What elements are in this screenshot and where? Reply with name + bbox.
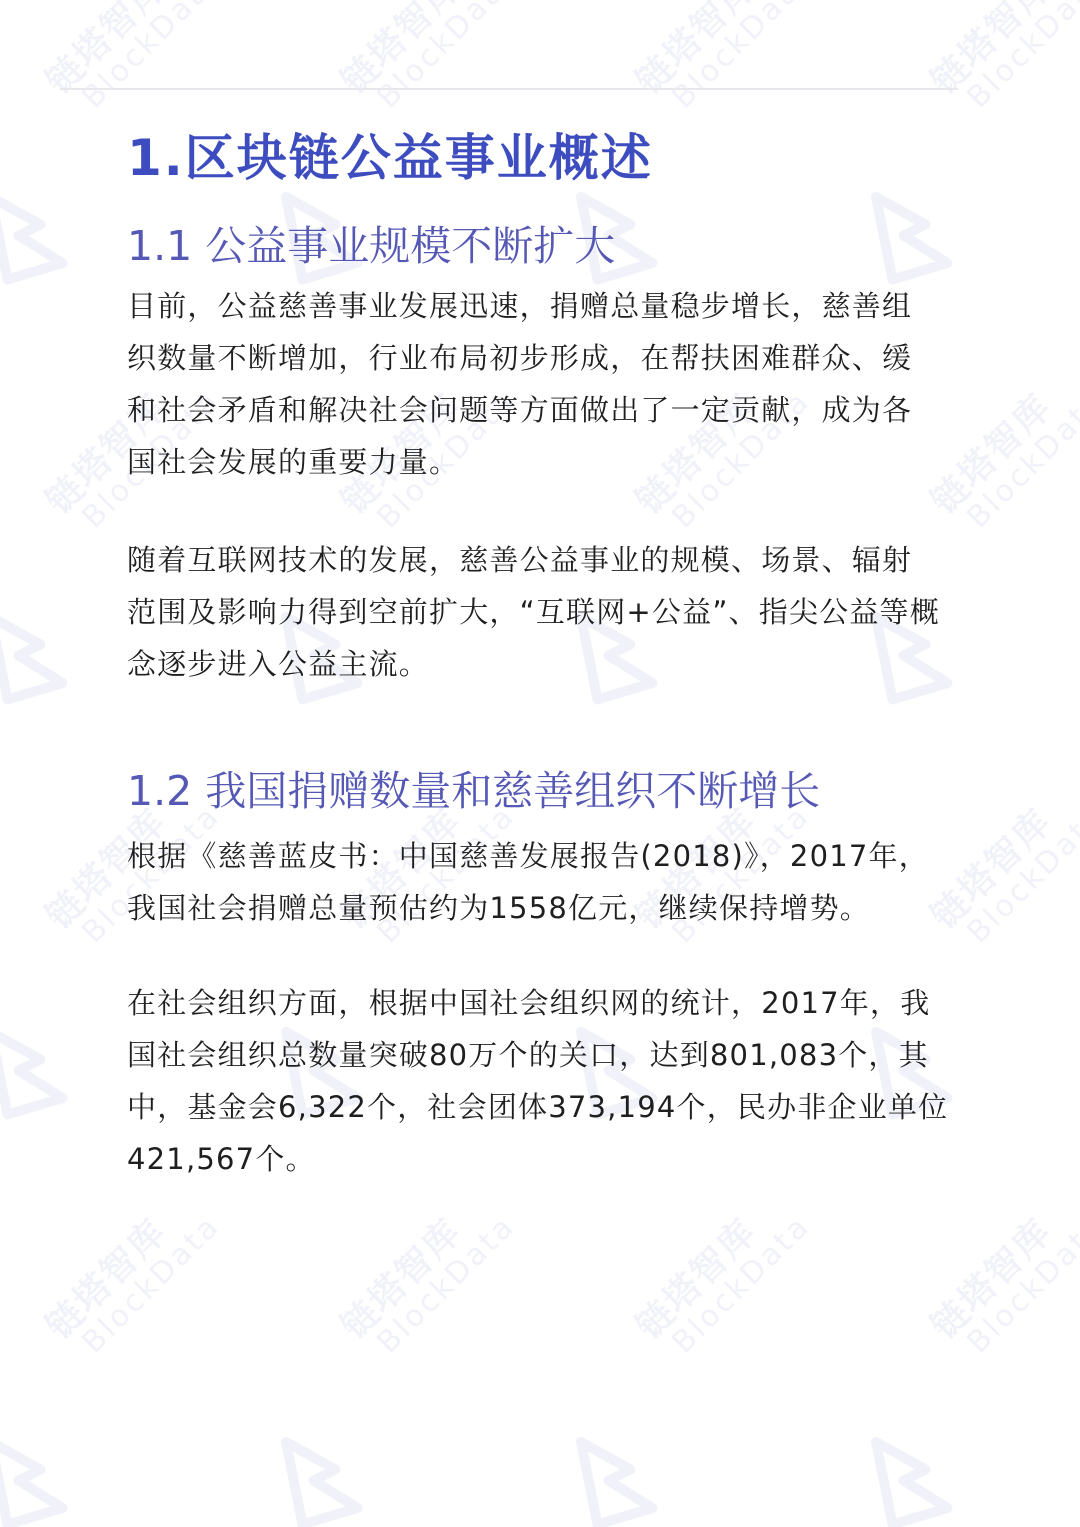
watermark-text-en: BlockData bbox=[667, 0, 816, 114]
text-line: 国社会发展的重要力量。 bbox=[127, 436, 957, 488]
top-divider bbox=[60, 88, 958, 90]
watermark-text-en: BlockData bbox=[667, 1210, 816, 1359]
watermark: 链塔智库 BlockData bbox=[20, 1270, 220, 1510]
blockdata-logo-icon bbox=[0, 175, 90, 285]
paragraph-organization-stats: 在社会组织方面，根据中国社会组织网的统计，2017年，我 国社会组织总数量突破8… bbox=[127, 977, 957, 1185]
blockdata-logo-icon bbox=[865, 1420, 975, 1527]
paragraph-internet-charity: 随着互联网技术的发展，慈善公益事业的规模、场景、辐射 范围及影响力得到空前扩大，… bbox=[127, 534, 957, 690]
watermark-text-cn: 链塔智库 bbox=[630, 1183, 794, 1347]
section-title-1-2: 1.2 我国捐赠数量和慈善组织不断增长 bbox=[127, 758, 820, 817]
text-line: 织数量不断增加，行业布局初步形成，在帮扶困难群众、缓 bbox=[127, 332, 957, 384]
blockdata-logo-icon bbox=[0, 1010, 90, 1120]
chapter-title: 1.区块链公益事业概述 bbox=[127, 118, 653, 190]
blockdata-logo-icon bbox=[570, 1420, 680, 1527]
blockdata-logo-icon bbox=[0, 1420, 90, 1527]
text-line: 范围及影响力得到空前扩大，“互联网+公益”、指尖公益等概 bbox=[127, 586, 957, 638]
watermark-text-cn: 链塔智库 bbox=[335, 1183, 499, 1347]
text-line: 和社会矛盾和解决社会问题等方面做出了一定贡献，成为各 bbox=[127, 384, 957, 436]
watermark-text-en: BlockData bbox=[962, 385, 1080, 534]
text-line: 目前，公益慈善事业发展迅速，捐赠总量稳步增长，慈善组 bbox=[127, 280, 957, 332]
text-line: 在社会组织方面，根据中国社会组织网的统计，2017年，我 bbox=[127, 977, 957, 1029]
watermark-text-en: BlockData bbox=[77, 0, 226, 114]
paragraph-donation-total: 根据《慈善蓝皮书：中国慈善发展报告(2018)》，2017年， 我国社会捐赠总量… bbox=[127, 830, 957, 934]
text-line: 421,567个。 bbox=[127, 1133, 957, 1185]
watermark-text-en: BlockData bbox=[77, 1210, 226, 1359]
watermark-text-cn: 链塔智库 bbox=[335, 0, 499, 102]
watermark-text-cn: 链塔智库 bbox=[925, 0, 1080, 102]
watermark-text-en: BlockData bbox=[962, 0, 1080, 114]
blockdata-logo-icon bbox=[275, 1420, 385, 1527]
blockdata-logo-icon bbox=[0, 595, 90, 705]
text-line: 我国社会捐赠总量预估约为1558亿元，继续保持增势。 bbox=[127, 882, 957, 934]
text-line: 中，基金会6,322个，社会团体373,194个，民办非企业单位 bbox=[127, 1081, 957, 1133]
watermark-text-cn: 链塔智库 bbox=[925, 1183, 1080, 1347]
watermark: 链塔智库 BlockData bbox=[610, 1270, 810, 1510]
blockdata-logo-icon bbox=[865, 175, 975, 285]
watermark: 链塔智库 BlockData bbox=[905, 25, 1080, 265]
watermark-text-en: BlockData bbox=[372, 0, 521, 114]
watermark-text-en: BlockData bbox=[962, 800, 1080, 949]
text-line: 随着互联网技术的发展，慈善公益事业的规模、场景、辐射 bbox=[127, 534, 957, 586]
watermark: 链塔智库 BlockData bbox=[315, 1270, 515, 1510]
watermark-text-cn: 链塔智库 bbox=[630, 0, 794, 102]
watermark-text-en: BlockData bbox=[372, 1210, 521, 1359]
watermark-text-cn: 链塔智库 bbox=[40, 0, 204, 102]
text-line: 根据《慈善蓝皮书：中国慈善发展报告(2018)》，2017年， bbox=[127, 830, 957, 882]
text-line: 国社会组织总数量突破80万个的关口，达到801,083个，其 bbox=[127, 1029, 957, 1081]
watermark-text-cn: 链塔智库 bbox=[40, 1183, 204, 1347]
watermark: 链塔智库 BlockData bbox=[905, 1270, 1080, 1510]
paragraph-scale-growth: 目前，公益慈善事业发展迅速，捐赠总量稳步增长，慈善组 织数量不断增加，行业布局初… bbox=[127, 280, 957, 488]
section-title-1-1: 1.1 公益事业规模不断扩大 bbox=[127, 213, 615, 272]
text-line: 念逐步进入公益主流。 bbox=[127, 638, 957, 690]
watermark-text-en: BlockData bbox=[962, 1210, 1080, 1359]
